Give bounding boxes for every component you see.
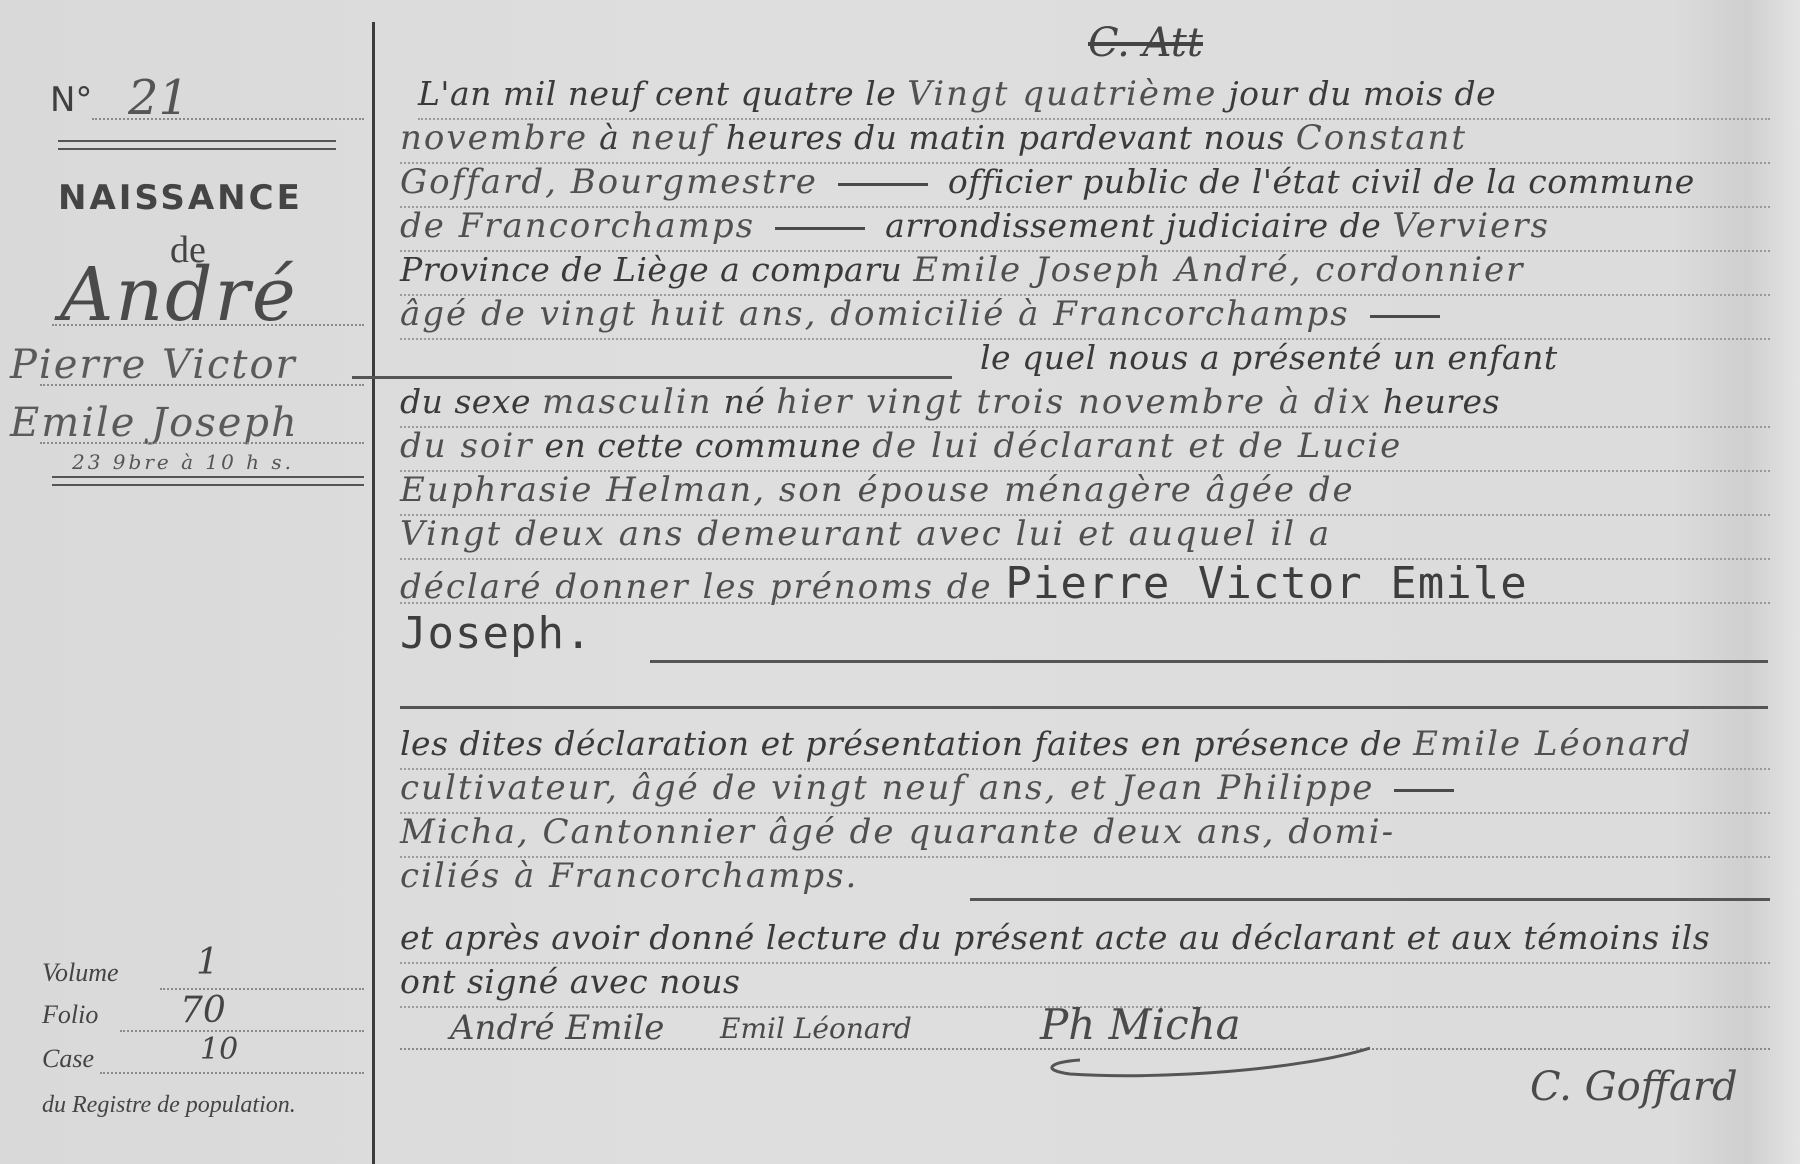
act-line-text: à <box>588 118 630 157</box>
act-line-10: Euphrasie Helman, son épouse ménagère âg… <box>400 470 1770 516</box>
child-given-names-1: Pierre Victor <box>10 342 297 388</box>
act-line-text: L'an mil neuf cent quatre le <box>418 74 907 113</box>
act-line-6: âgé de vingt huit ans, domicilié à Franc… <box>400 294 1770 340</box>
handwritten-father-details: âgé de vingt huit ans, domicilié à Franc… <box>400 294 1350 334</box>
volume-label: Volume <box>42 958 119 988</box>
margin-annotation: C. Att <box>1088 20 1203 66</box>
act-line-text: Province de Liège a comparu <box>400 250 913 289</box>
handwritten-witness-1-details: cultivateur, âgé de vingt neuf ans, et J… <box>400 768 1374 808</box>
surname-dotted-line <box>52 324 364 326</box>
act-line-4: de Francorchampsarrondissement judiciair… <box>400 206 1770 252</box>
handwritten-time-of-day: du soir <box>400 426 534 466</box>
filler-dash <box>1370 315 1440 318</box>
register-page: N° 21 NAISSANCE de André Pierre Victor E… <box>0 0 1800 1164</box>
act-line-8: du sexe masculin né hier vingt trois nov… <box>400 382 1770 428</box>
act-line-7: le quel nous a présenté un enfant <box>980 338 1770 382</box>
act-line-12: déclaré donner les prénoms de Pierre Vic… <box>400 558 1770 604</box>
act-line-text: et après avoir donné lecture du présent … <box>400 918 1710 957</box>
act-line-text: heures du matin pardevant nous <box>715 118 1296 157</box>
act-line-text: heures <box>1372 382 1500 421</box>
signature-witness-1: Emil Léonard <box>720 1012 912 1045</box>
witness-line-2: cultivateur, âgé de vingt neuf ans, et J… <box>400 768 1770 814</box>
filler-rule <box>650 660 1768 663</box>
act-line-text: le quel nous a présenté un enfant <box>980 338 1558 377</box>
handwritten-month: novembre <box>400 118 588 158</box>
handwritten-father: Emile Joseph André, cordonnier <box>913 250 1524 290</box>
child-given-names-body: Pierre Victor Emile <box>1005 558 1527 609</box>
act-line-5: Province de Liège a comparu Emile Joseph… <box>400 250 1770 296</box>
handwritten-sex: masculin <box>542 382 713 422</box>
handwritten-officer-title: Goffard, Bourgmestre <box>400 162 818 202</box>
witness-line-4: ciliés à Francorchamps. <box>400 856 1770 900</box>
record-type-title: NAISSANCE <box>58 178 303 218</box>
handwritten-birth-date: hier vingt trois novembre à dix <box>776 382 1371 422</box>
handwritten-mother: Euphrasie Helman, son épouse ménagère âg… <box>400 470 1355 510</box>
closing-line-1: et après avoir donné lecture du présent … <box>400 918 1770 964</box>
handwritten-hour: neuf <box>630 118 715 158</box>
handwritten-day: Vingt quatrième <box>907 74 1217 114</box>
handwritten-officer-first-name: Constant <box>1296 118 1467 158</box>
act-line-9: du soir en cette commune de lui déclaran… <box>400 426 1770 472</box>
act-line-text: né <box>713 382 777 421</box>
filler-dash <box>1394 789 1454 792</box>
population-register-label: du Registre de population. <box>42 1092 296 1119</box>
handwritten-witness-2: Micha, Cantonnier âgé de quarante deux a… <box>400 812 1395 852</box>
handwritten-witness-domicile: ciliés à Francorchamps. <box>400 856 858 896</box>
filler-dash <box>838 183 928 186</box>
names-double-rule <box>52 476 364 486</box>
child-given-names-2: Emile Joseph <box>10 400 299 446</box>
record-margin: N° 21 NAISSANCE de André Pierre Victor E… <box>0 0 372 1164</box>
number-dotted-line <box>92 118 364 120</box>
handwritten-mother-intro: de lui déclarant et de Lucie <box>872 426 1402 466</box>
act-body: C. Att L'an mil neuf cent quatre le Ving… <box>380 0 1800 1164</box>
volume-value: 1 <box>196 942 219 983</box>
filler-dash <box>775 227 865 230</box>
case-label: Case <box>42 1044 94 1074</box>
act-line-13: Joseph. <box>400 608 1770 652</box>
witness-line-1: les dites déclaration et présentation fa… <box>400 724 1770 770</box>
handwritten-commune: de Francorchamps <box>400 206 755 246</box>
act-line-text: jour du mois de <box>1217 74 1496 113</box>
handwritten-mother-age: Vingt deux ans demeurant avec lui et auq… <box>400 514 1331 554</box>
act-line-text: du sexe <box>400 382 542 421</box>
act-line-2: novembre à neuf heures du matin pardevan… <box>400 118 1770 164</box>
section-rule <box>400 706 1768 709</box>
act-line-3: Goffard, Bourgmestreofficier public de l… <box>400 162 1770 208</box>
act-line-text: arrondissement judiciaire de <box>885 206 1392 245</box>
given2-dotted-line <box>40 442 364 444</box>
act-line-text: officier public de l'état civil de la co… <box>948 162 1695 201</box>
act-line-text: les dites déclaration et présentation fa… <box>400 724 1413 763</box>
witness-line-3: Micha, Cantonnier âgé de quarante deux a… <box>400 812 1770 858</box>
act-line-11: Vingt deux ans demeurant avec lui et auq… <box>400 514 1770 560</box>
folio-dotted-line <box>120 1030 364 1032</box>
signature-officer: C. Goffard <box>1530 1064 1738 1110</box>
act-line-1: L'an mil neuf cent quatre le Vingt quatr… <box>418 74 1770 120</box>
header-double-rule <box>58 140 336 150</box>
case-dotted-line <box>100 1072 364 1074</box>
act-line-text: ont signé avec nous <box>400 962 740 1001</box>
column-divider <box>372 22 375 1164</box>
handwritten-witness-1: Emile Léonard <box>1413 724 1692 764</box>
birth-date-note: 23 9bre à 10 h s. <box>72 450 294 474</box>
folio-label: Folio <box>42 1000 98 1030</box>
act-line-text: en cette commune <box>534 426 873 465</box>
signature-flourish-icon <box>1040 1040 1370 1090</box>
handwritten-declaration: déclaré donner les prénoms de <box>400 567 1005 607</box>
case-value: 10 <box>200 1032 238 1067</box>
handwritten-arrondissement: Verviers <box>1392 206 1550 246</box>
folio-value: 70 <box>180 990 226 1031</box>
filler-rule <box>970 898 1770 901</box>
child-given-names-body-cont: Joseph. <box>400 608 592 659</box>
record-number-label: N° <box>50 80 92 120</box>
filler-rule <box>352 376 952 379</box>
signature-declarant: André Emile <box>450 1008 664 1048</box>
given1-dotted-line <box>40 384 364 386</box>
